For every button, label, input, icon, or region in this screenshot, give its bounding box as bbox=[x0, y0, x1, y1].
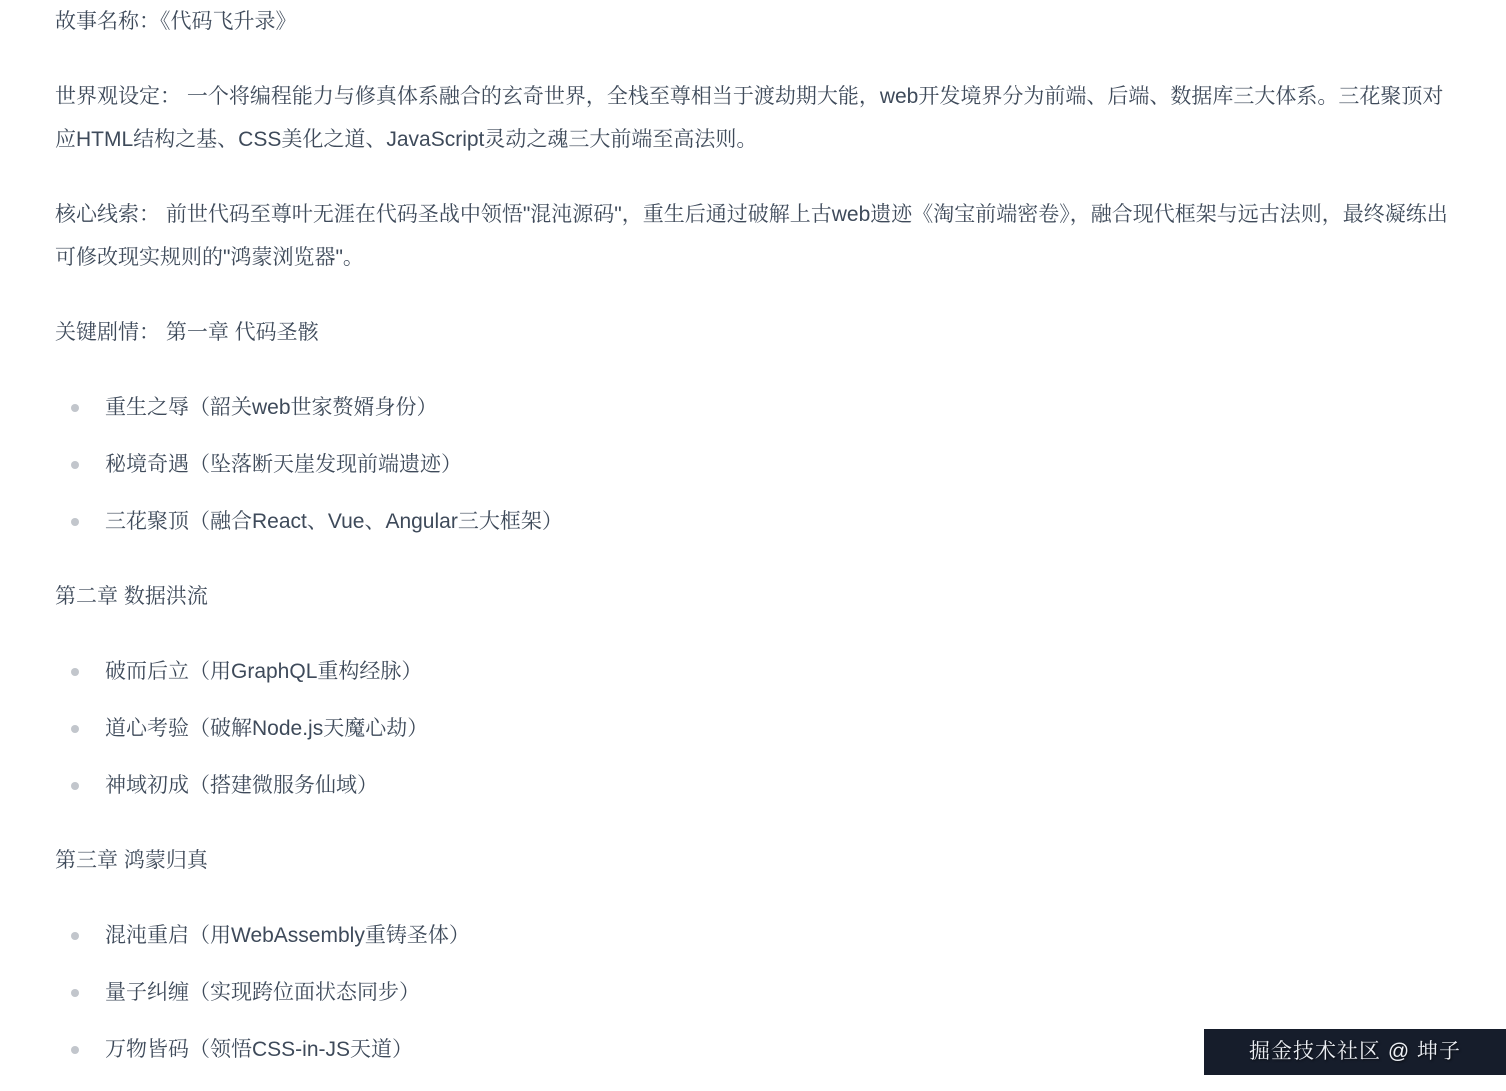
bullet-icon bbox=[71, 1046, 79, 1054]
list-item-text: 破而后立（用GraphQL重构经脉） bbox=[105, 660, 422, 683]
list-item: 重生之辱（韶关web世家赘婿身份） bbox=[55, 386, 1451, 429]
list-item-text: 秘境奇遇（坠落断天崖发现前端遗迹） bbox=[105, 453, 462, 476]
list-item: 破而后立（用GraphQL重构经脉） bbox=[55, 650, 1451, 693]
list-item: 量子纠缠（实现跨位面状态同步） bbox=[55, 971, 1451, 1014]
chapter-2-heading: 第二章 数据洪流 bbox=[55, 575, 1451, 618]
list-item-text: 混沌重启（用WebAssembly重铸圣体） bbox=[105, 924, 470, 947]
bullet-icon bbox=[71, 932, 79, 940]
bullet-icon bbox=[71, 989, 79, 997]
list-item: 神域初成（搭建微服务仙域） bbox=[55, 764, 1451, 807]
bullet-icon bbox=[71, 518, 79, 526]
bullet-icon bbox=[71, 782, 79, 790]
chapter-3-heading: 第三章 鸿蒙归真 bbox=[55, 839, 1451, 882]
list-item-text: 量子纠缠（实现跨位面状态同步） bbox=[105, 981, 420, 1004]
list-item-text: 神域初成（搭建微服务仙域） bbox=[105, 774, 378, 797]
article-content: 故事名称：《代码飞升录》 世界观设定： 一个将编程能力与修真体系融合的玄奇世界，… bbox=[0, 0, 1506, 1071]
list-item: 秘境奇遇（坠落断天崖发现前端遗迹） bbox=[55, 443, 1451, 486]
chapter-1-list: 重生之辱（韶关web世家赘婿身份） 秘境奇遇（坠落断天崖发现前端遗迹） 三花聚顶… bbox=[55, 386, 1451, 543]
list-item: 混沌重启（用WebAssembly重铸圣体） bbox=[55, 914, 1451, 957]
list-item: 三花聚顶（融合React、Vue、Angular三大框架） bbox=[55, 500, 1451, 543]
list-item-text: 三花聚顶（融合React、Vue、Angular三大框架） bbox=[105, 510, 563, 533]
list-item: 道心考验（破解Node.js天魔心劫） bbox=[55, 707, 1451, 750]
watermark: 掘金技术社区 @ 坤子 bbox=[1204, 1029, 1506, 1075]
bullet-icon bbox=[71, 461, 79, 469]
bullet-icon bbox=[71, 668, 79, 676]
core-clue-paragraph: 核心线索： 前世代码至尊叶无涯在代码圣战中领悟"混沌源码"，重生后通过破解上古w… bbox=[55, 193, 1451, 279]
list-item-text: 重生之辱（韶关web世家赘婿身份） bbox=[105, 396, 438, 419]
bullet-icon bbox=[71, 725, 79, 733]
list-item-text: 道心考验（破解Node.js天魔心劫） bbox=[105, 717, 428, 740]
chapter-2-list: 破而后立（用GraphQL重构经脉） 道心考验（破解Node.js天魔心劫） 神… bbox=[55, 650, 1451, 807]
worldview-paragraph: 世界观设定： 一个将编程能力与修真体系融合的玄奇世界，全栈至尊相当于渡劫期大能，… bbox=[55, 75, 1451, 161]
list-item-text: 万物皆码（领悟CSS-in-JS天道） bbox=[105, 1038, 413, 1061]
story-title: 故事名称：《代码飞升录》 bbox=[55, 0, 1451, 43]
chapter-1-heading: 关键剧情： 第一章 代码圣骸 bbox=[55, 311, 1451, 354]
bullet-icon bbox=[71, 404, 79, 412]
